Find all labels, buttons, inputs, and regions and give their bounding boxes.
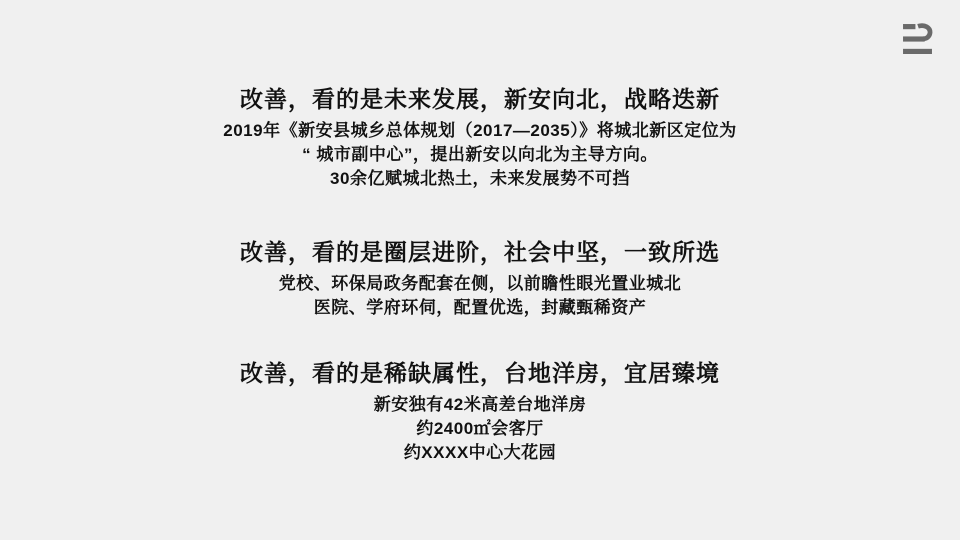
section-line: 2019年《新安县城乡总体规划（2017—2035）》将城北新区定位为 — [0, 119, 960, 143]
section-line: 新安独有42米高差台地洋房 — [0, 393, 960, 417]
section-headline: 改善，看的是稀缺属性，台地洋房，宜居臻境 — [0, 358, 960, 388]
text-section: 改善，看的是圈层进阶，社会中坚，一致所选 党校、环保局政务配套在侧，以前瞻性眼光… — [0, 237, 960, 320]
section-line: 30余亿赋城北热土，未来发展势不可挡 — [0, 167, 960, 191]
section-headline: 改善，看的是未来发展，新安向北，战略迭新 — [0, 84, 960, 114]
section-line: 约2400㎡会客厅 — [0, 417, 960, 441]
section-line: 医院、学府环伺，配置优选，封藏甄稀资产 — [0, 296, 960, 320]
text-section: 改善，看的是稀缺属性，台地洋房，宜居臻境 新安独有42米高差台地洋房约2400㎡… — [0, 358, 960, 465]
section-line: 约XXXX中心大花园 — [0, 441, 960, 465]
text-section: 改善，看的是未来发展，新安向北，战略迭新 2019年《新安县城乡总体规划（201… — [0, 84, 960, 191]
slide-content: 改善，看的是未来发展，新安向北，战略迭新 2019年《新安县城乡总体规划（201… — [0, 0, 960, 465]
section-line: 党校、环保局政务配套在侧，以前瞻性眼光置业城北 — [0, 272, 960, 296]
presentation-slide: 改善，看的是未来发展，新安向北，战略迭新 2019年《新安县城乡总体规划（201… — [0, 0, 960, 540]
section-line: “ 城市副中心”，提出新安以向北为主导方向。 — [0, 143, 960, 167]
section-headline: 改善，看的是圈层进阶，社会中坚，一致所选 — [0, 237, 960, 267]
